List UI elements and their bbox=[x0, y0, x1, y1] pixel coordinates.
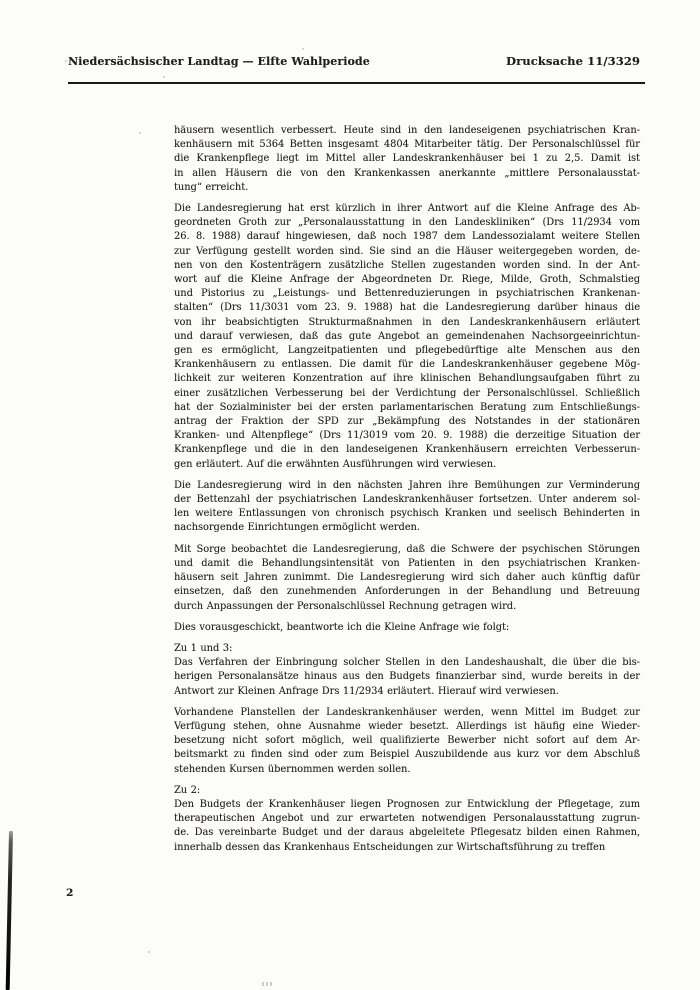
drucksache-number: Drucksache 11/3329 bbox=[506, 54, 640, 68]
text-line: und darauf verwiesen, daß das gute Angeb… bbox=[174, 330, 640, 344]
text-line: durch Anpassungen der Personalschlüssel … bbox=[174, 600, 640, 614]
text-line: Antwort zur Kleinen Anfrage Drs 11/2934 … bbox=[174, 685, 640, 699]
paragraph: häusern wesentlich verbessert. Heute sin… bbox=[174, 124, 640, 195]
text-line: nen von den Kostenträgern zusätzliche St… bbox=[174, 259, 640, 273]
text-line: 26. 8. 1988) darauf hingewiesen, daß noc… bbox=[174, 230, 640, 244]
text-line: therapeutischen Angebot und zur erwartet… bbox=[174, 812, 640, 826]
text-line: hat der Sozialminister bei der ersten pa… bbox=[174, 401, 640, 415]
text-line: antrag der Fraktion der SPD zur „Bekämpf… bbox=[174, 415, 640, 429]
section-heading: Zu 1 und 3: bbox=[174, 642, 640, 656]
page-number: 2 bbox=[66, 887, 73, 899]
document-page: Niedersächsischer Landtag — Elfte Wahlpe… bbox=[0, 0, 700, 990]
scan-speck bbox=[139, 132, 141, 134]
text-line: innerhalb dessen das Krankenhaus Entsche… bbox=[174, 841, 640, 855]
text-line: Verfügung stehen, ohne Ausnahme wieder b… bbox=[174, 720, 640, 734]
paragraph: Die Landesregierung wird in den nächsten… bbox=[174, 479, 640, 536]
scan-speck bbox=[65, 60, 67, 62]
text-line: tung“ erreicht. bbox=[174, 181, 640, 195]
text-line: Krankenpflege und die in den landeseigen… bbox=[174, 443, 640, 457]
scan-speck bbox=[302, 48, 304, 50]
text-line: nachsorgende Einrichtungen ermöglicht we… bbox=[174, 521, 640, 535]
paragraph: Das Verfahren der Einbringung solcher St… bbox=[174, 656, 640, 699]
paragraph: Mit Sorge beobachtet die Landesregierung… bbox=[174, 543, 640, 614]
text-line: in allen Häusern die von den Krankenkass… bbox=[174, 167, 640, 181]
text-line: der Bettenzahl der psychiatrischen Lande… bbox=[174, 493, 640, 507]
text-line: geordneten Groth zur „Personalausstattun… bbox=[174, 216, 640, 230]
text-line: zur Verfügung gestellt worden sind. Sie … bbox=[174, 245, 640, 259]
text-line: herigen Personalansätze hinaus aus den B… bbox=[174, 670, 640, 684]
text-line: gen es ermöglicht, Langzeitpatienten und… bbox=[174, 344, 640, 358]
scan-speck bbox=[148, 951, 150, 953]
text-line: lichkeit zur weiteren Konzentration auf … bbox=[174, 372, 640, 386]
text-line: stalten“ (Drs 11/3031 vom 23. 9. 1988) h… bbox=[174, 301, 640, 315]
text-line: Krankenhäusern zu entlassen. Die damit f… bbox=[174, 358, 640, 372]
text-line: Das Verfahren der Einbringung solcher St… bbox=[174, 656, 640, 670]
text-line: stehenden Kursen übernommen werden solle… bbox=[174, 763, 640, 777]
header-rule bbox=[68, 82, 645, 84]
parliament-title: Niedersächsischer Landtag — Elfte Wahlpe… bbox=[68, 55, 370, 68]
text-line: und damit die Behandlungsintensität von … bbox=[174, 557, 640, 571]
text-line: die Krankenpflege liegt im Mittel aller … bbox=[174, 152, 640, 166]
text-line: wort auf die Kleine Anfrage der Abgeordn… bbox=[174, 273, 640, 287]
text-line: beitsmarkt zu finden sind oder zum Beisp… bbox=[174, 748, 640, 762]
text-line: einsetzen, daß den zunehmenden Anforderu… bbox=[174, 585, 640, 599]
text-line: besetzung nicht sofort möglich, weil qua… bbox=[174, 734, 640, 748]
text-line: kenhäusern mit 5364 Betten insgesamt 480… bbox=[174, 138, 640, 152]
text-line: einer zusätzlichen Verbesserung bei der … bbox=[174, 387, 640, 401]
scan-edge-artifact bbox=[6, 831, 13, 990]
text-line: von ihr beabsichtigten Strukturmaßnahmen… bbox=[174, 316, 640, 330]
document-body: häusern wesentlich verbessert. Heute sin… bbox=[174, 124, 640, 862]
text-line: Die Landesregierung hat erst kürzlich in… bbox=[174, 202, 640, 216]
paragraph: Den Budgets der Krankenhäuser liegen Pro… bbox=[174, 798, 640, 855]
text-line: Kranken- und Altenpflege“ (Drs 11/3019 v… bbox=[174, 429, 640, 443]
scan-speck bbox=[163, 76, 165, 78]
paragraph: Vorhandene Planstellen der Landeskranken… bbox=[174, 706, 640, 777]
page-header: Niedersächsischer Landtag — Elfte Wahlpe… bbox=[68, 54, 640, 68]
text-line: und Pistorius zu „Leistungs- und Bettenr… bbox=[174, 287, 640, 301]
text-line: Die Landesregierung wird in den nächsten… bbox=[174, 479, 640, 493]
text-line: häusern seit Jahren zunimmt. Die Landesr… bbox=[174, 571, 640, 585]
text-line: Zu 1 und 3: bbox=[174, 642, 640, 656]
scan-faint-print-artifact bbox=[262, 982, 274, 986]
text-line: Den Budgets der Krankenhäuser liegen Pro… bbox=[174, 798, 640, 812]
paragraph: Dies vorausgeschickt, beantworte ich die… bbox=[174, 621, 640, 635]
text-line: gen erläutert. Auf die erwähnten Ausführ… bbox=[174, 458, 640, 472]
section-heading: Zu 2: bbox=[174, 784, 640, 798]
text-line: häusern wesentlich verbessert. Heute sin… bbox=[174, 124, 640, 138]
text-line: Vorhandene Planstellen der Landeskranken… bbox=[174, 706, 640, 720]
text-line: Dies vorausgeschickt, beantworte ich die… bbox=[174, 621, 640, 635]
text-line: Mit Sorge beobachtet die Landesregierung… bbox=[174, 543, 640, 557]
text-line: len weitere Entlassungen von chronisch p… bbox=[174, 507, 640, 521]
text-line: de. Das vereinbarte Budget und der darau… bbox=[174, 826, 640, 840]
paragraph: Die Landesregierung hat erst kürzlich in… bbox=[174, 202, 640, 472]
text-line: Zu 2: bbox=[174, 784, 640, 798]
